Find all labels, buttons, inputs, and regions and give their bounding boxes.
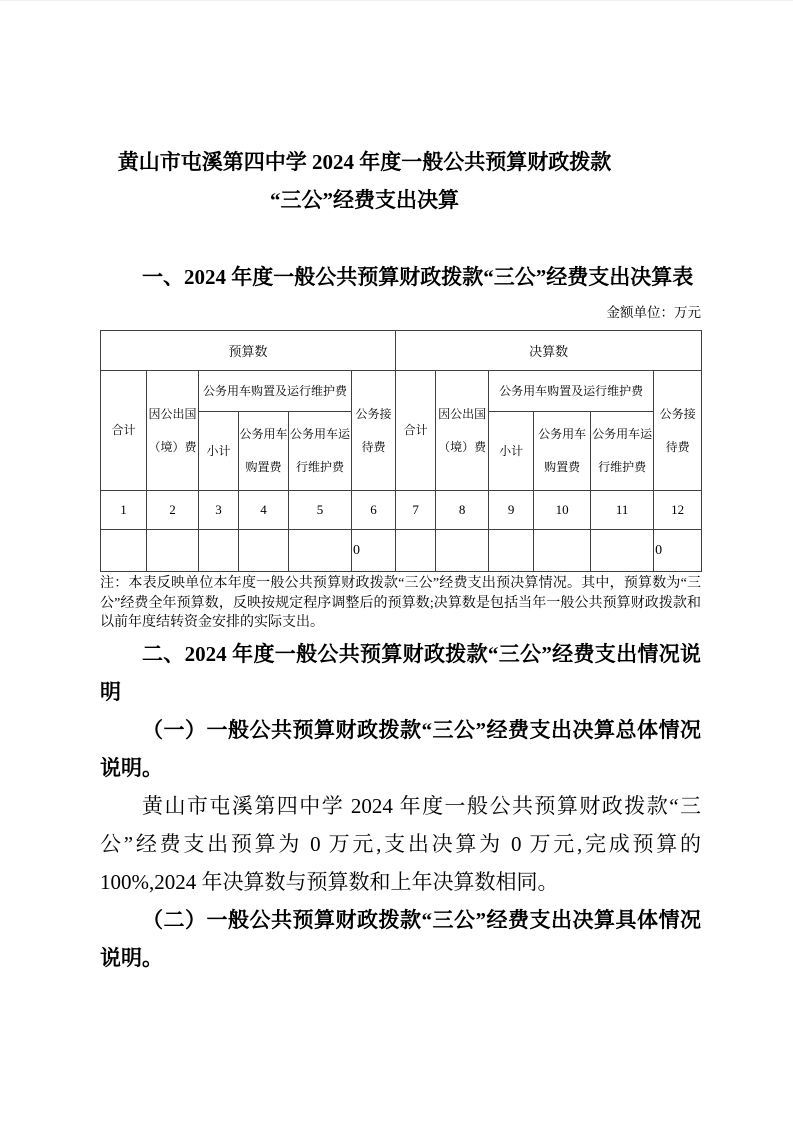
column-number-cell-3: 3 [199,491,239,530]
column-number-cell-4: 4 [239,491,289,530]
column-number-cell-6: 6 [352,491,396,530]
table-group-header-row: 预算数 决算数 [101,331,702,371]
budget-abroad-header-cell: 因公出国 （境）费 [147,371,199,491]
final-maintenance-header-cell: 公务用车运 行维护费 [591,412,654,491]
budget-maintenance-value-cell [289,530,352,572]
final-vehicle-group-header-cell: 公务用车购置及运行维护费 [489,371,654,412]
budget-reception-header-cell: 公务接 待费 [352,371,396,491]
column-number-cell-9: 9 [489,491,534,530]
column-number-cell-2: 2 [147,491,199,530]
budget-maintenance-header-cell: 公务用车运 行维护费 [289,412,352,491]
document-title-line-2: “三公”经费支出决算 [100,181,629,219]
column-number-cell-7: 7 [396,491,436,530]
final-total-header-cell: 合计 [396,371,436,491]
final-reception-header-cell: 公务接 待费 [654,371,702,491]
document-title: 黄山市屯溪第四中学 2024 年度一般公共预算财政拨款 “三公”经费支出决算 [100,143,629,219]
final-group-header-cell: 决算数 [396,331,702,371]
column-number-cell-1: 1 [101,491,147,530]
column-number-cell-10: 10 [534,491,591,530]
budget-abroad-value-cell [147,530,199,572]
budget-vehicle-group-header-cell: 公务用车购置及运行维护费 [199,371,352,412]
budget-group-header-cell: 预算数 [101,331,396,371]
final-purchase-header-cell: 公务用车 购置费 [534,412,591,491]
document-content: 黄山市屯溪第四中学 2024 年度一般公共预算财政拨款 “三公”经费支出决算 一… [100,143,701,977]
final-abroad-value-cell [436,530,489,572]
document-page: 黄山市屯溪第四中学 2024 年度一般公共预算财政拨款 “三公”经费支出决算 一… [0,0,793,1122]
final-subtotal-value-cell [489,530,534,572]
column-number-cell-5: 5 [289,491,352,530]
section2-sub2-heading: （二）一般公共预算财政拨款“三公”经费支出决算具体情况说明。 [100,901,701,977]
amount-unit-label: 金额单位：万元 [100,304,701,322]
document-title-line-1: 黄山市屯溪第四中学 2024 年度一般公共预算财政拨款 [100,143,629,181]
budget-total-header-cell: 合计 [101,371,147,491]
section2-heading: 二、2024 年度一般公共预算财政拨款“三公”经费支出情况说明 [100,635,701,711]
budget-reception-value-cell: 0 [352,530,396,572]
budget-total-value-cell [101,530,147,572]
final-total-value-cell [396,530,436,572]
budget-subtotal-value-cell [199,530,239,572]
column-number-cell-11: 11 [591,491,654,530]
budget-purchase-value-cell [239,530,289,572]
section2-sub1-heading: （一）一般公共预算财政拨款“三公”经费支出决算总体情况说明。 [100,711,701,787]
final-maintenance-value-cell [591,530,654,572]
data-row: 0 0 [101,530,702,572]
final-abroad-header-cell: 因公出国 （境）费 [436,371,489,491]
budget-subtotal-header-cell: 小计 [199,412,239,491]
section2-paragraph-1: 黄山市屯溪第四中学 2024 年度一般公共预算财政拨款“三公”经费支出预算为 0… [100,787,701,901]
three-public-expense-table: 预算数 决算数 合计 因公出国 （境）费 公务用车购置及运行维护费 公务接 待费… [100,330,702,572]
final-purchase-value-cell [534,530,591,572]
column-number-row: 1 2 3 4 5 6 7 8 9 10 11 12 [101,491,702,530]
budget-purchase-header-cell: 公务用车 购置费 [239,412,289,491]
final-reception-value-cell: 0 [654,530,702,572]
column-number-cell-12: 12 [654,491,702,530]
section1-heading: 一、2024 年度一般公共预算财政拨款“三公”经费支出决算表 [100,258,701,296]
table-note: 注：本表反映单位本年度一般公共预算财政拨款“三公”经费支出预决算情况。其中，预算… [100,574,701,633]
table-header-row-upper: 合计 因公出国 （境）费 公务用车购置及运行维护费 公务接 待费 合计 因公出国… [101,371,702,412]
final-subtotal-header-cell: 小计 [489,412,534,491]
column-number-cell-8: 8 [436,491,489,530]
